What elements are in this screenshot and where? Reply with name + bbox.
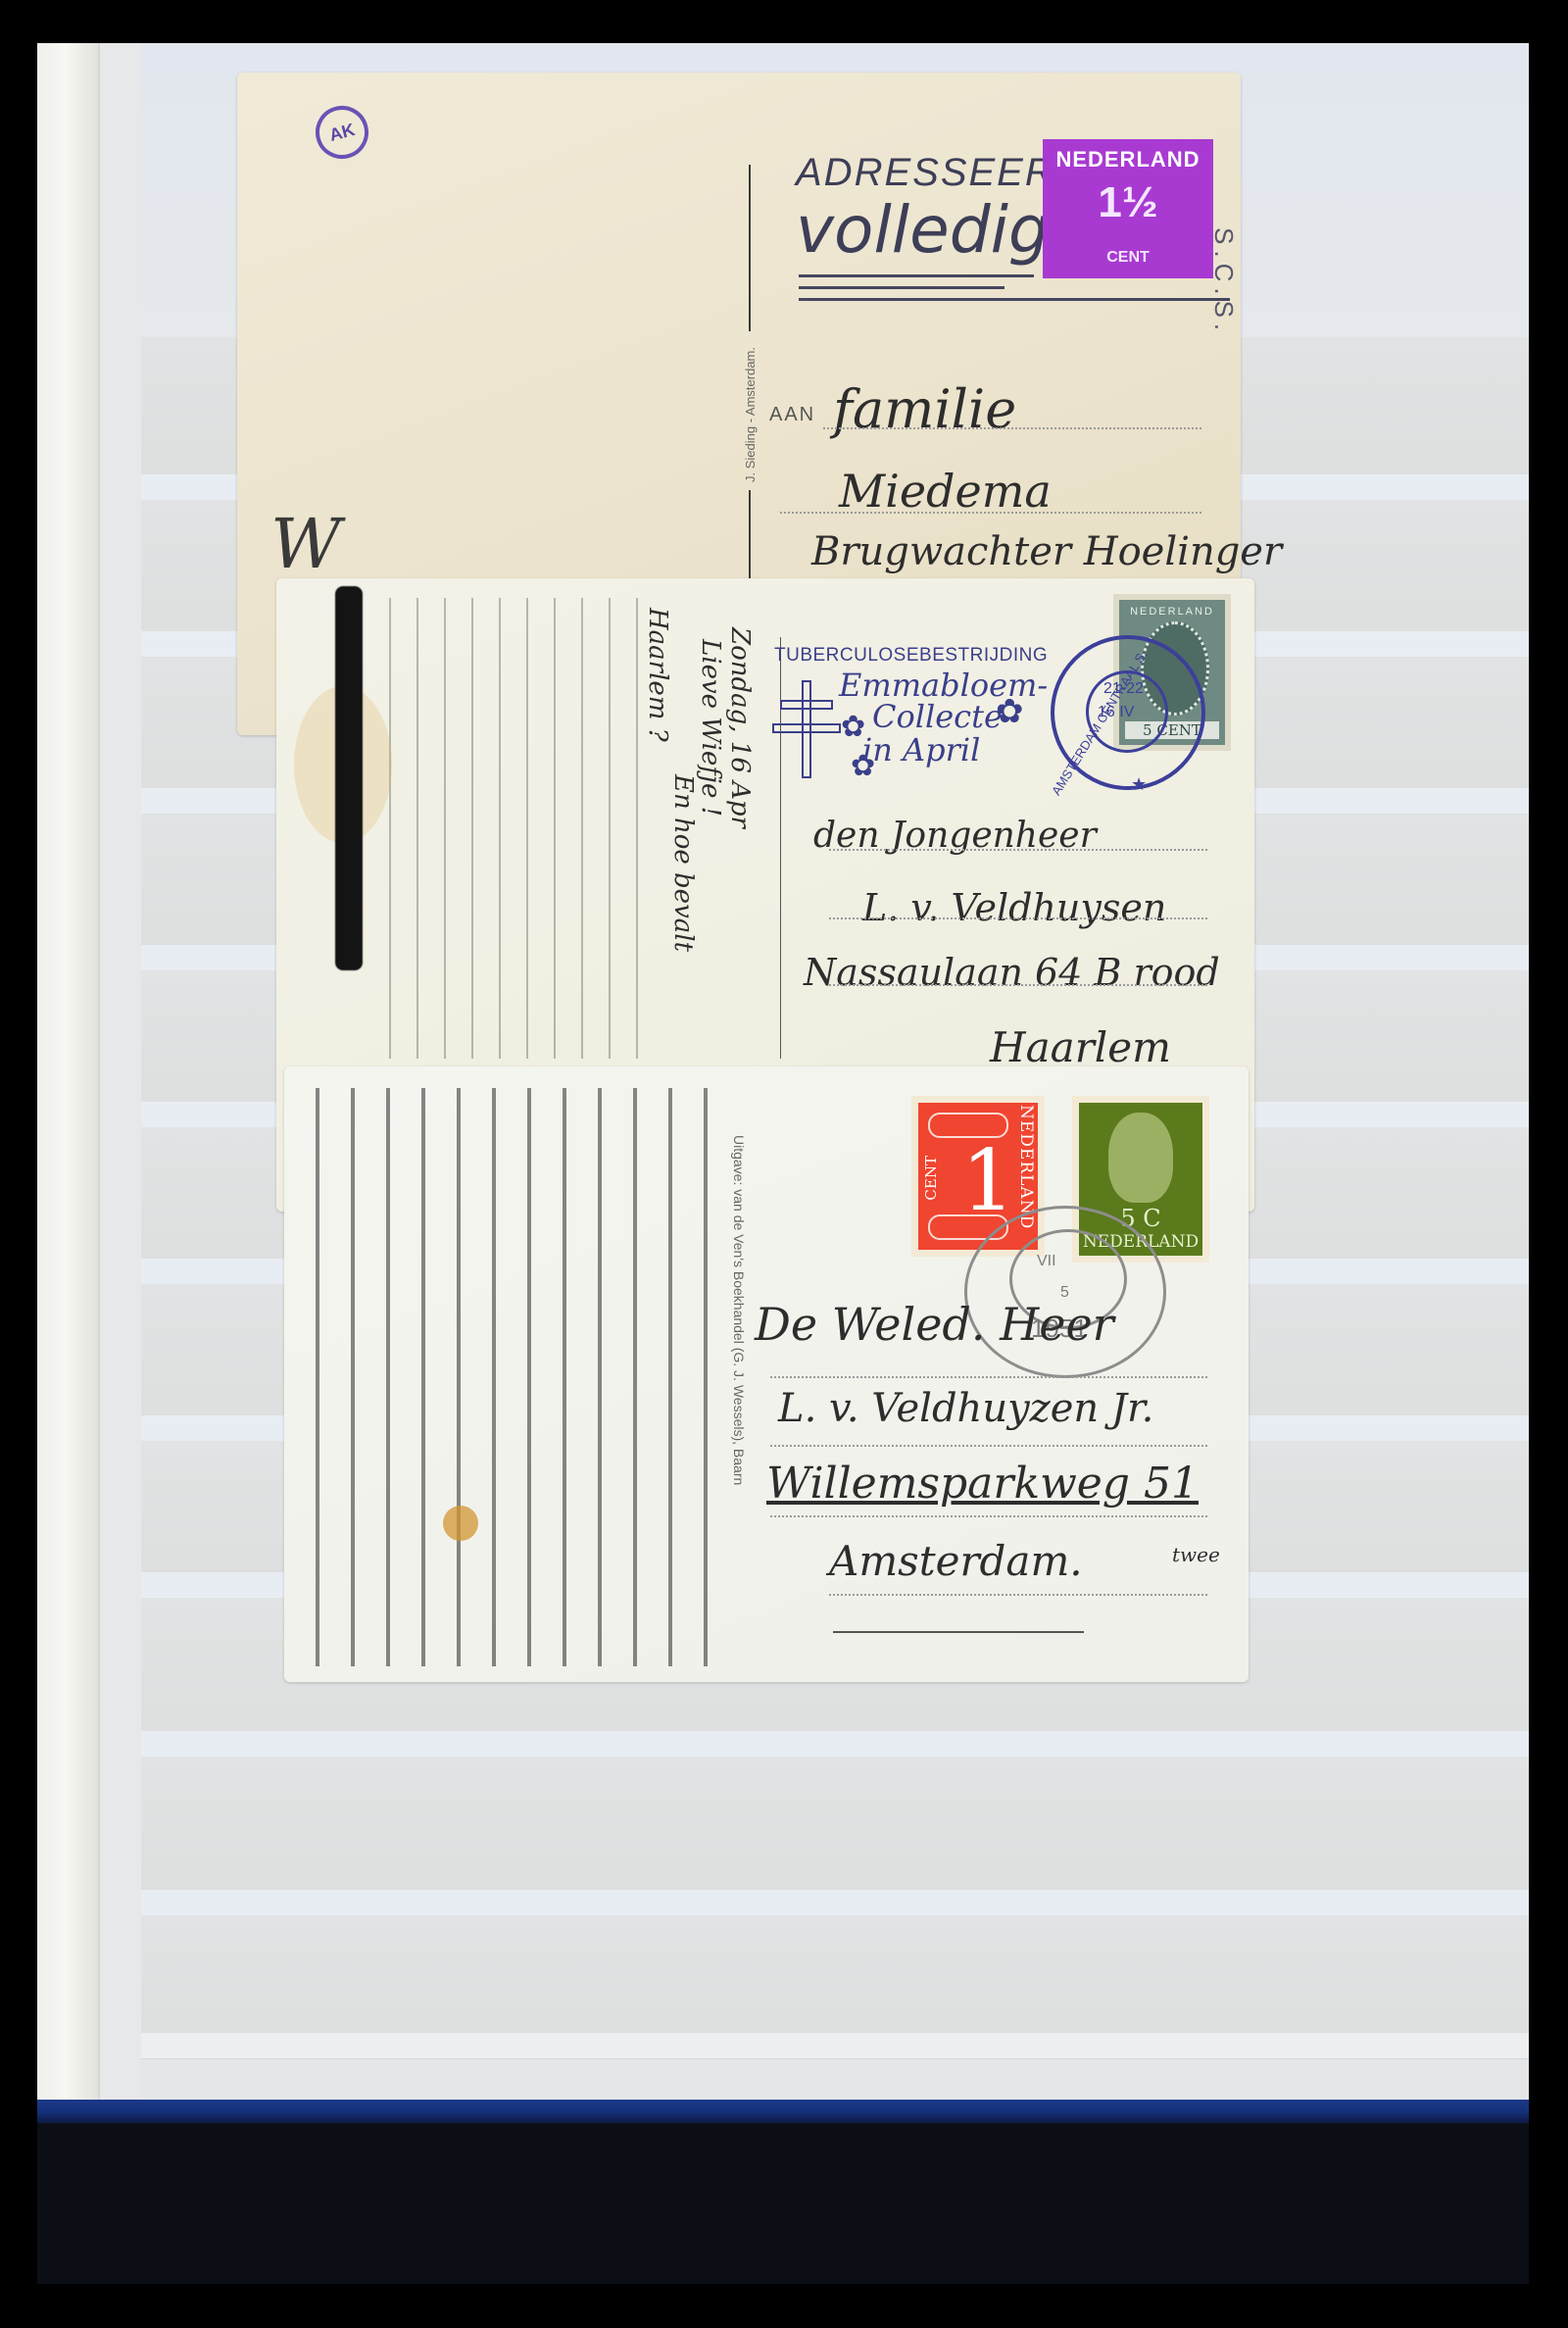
- portrait: [1108, 1113, 1173, 1203]
- age-stain: [443, 1506, 478, 1541]
- stamp-unit: CENT: [1043, 249, 1213, 267]
- strip-pocket: [141, 1915, 1529, 2033]
- slogan-cancel-header: TUBERCULOSEBESTRIJDING: [774, 645, 1048, 667]
- slogan-bar: [799, 274, 1034, 277]
- address-rule: [770, 1445, 1207, 1447]
- slogan-cancel-line: Collecte: [872, 698, 1003, 735]
- address-line: familie: [833, 378, 1016, 440]
- address-rule: [823, 427, 1201, 429]
- postmark-date: VII: [1037, 1253, 1056, 1270]
- address-rule: [770, 1376, 1207, 1378]
- printer-imprint: J. Sieding - Amsterdam.: [743, 347, 758, 482]
- lorraine-cross-icon: [772, 680, 841, 778]
- stamp-country: NEDERLAND: [1119, 606, 1225, 618]
- address-line: Haarlem: [990, 1023, 1171, 1071]
- message-line: Lieve Wiefje !: [696, 639, 725, 817]
- address-rule: [780, 512, 1201, 514]
- stamp-value: 1: [961, 1132, 1015, 1230]
- stamp-country: NEDERLAND: [1043, 147, 1213, 173]
- address-line: L. v. Veldhuyzen Jr.: [778, 1386, 1153, 1431]
- address-line: Brugwachter Hoelinger: [811, 529, 1282, 574]
- address-prefix: AAN: [769, 404, 815, 426]
- stamp-violet-dove: NEDERLAND 1½ CENT: [1043, 139, 1213, 278]
- address-rule: [829, 1594, 1207, 1596]
- printer-imprint: Uitgave: van de Ven's Boekhandel (G. J. …: [731, 1135, 747, 1485]
- page-spine: [37, 43, 100, 2100]
- message-line: Zondag, 16 Apr: [725, 627, 755, 828]
- slogan-cancel-line: in April: [862, 731, 980, 768]
- glassine-strip: [141, 2033, 1529, 2059]
- address-line: L. v. Veldhuysen: [862, 886, 1166, 929]
- slogan-cancel-line2: volledig: [796, 192, 1050, 268]
- star-icon: ★: [1131, 774, 1147, 795]
- slogan-bar: [799, 286, 1004, 289]
- address-line: Nassaulaan 64 B rood: [804, 951, 1220, 994]
- glassine-strip: [141, 1731, 1529, 1758]
- stamp-value: 1½: [1043, 178, 1213, 227]
- address-rule: [829, 917, 1207, 919]
- divider-line: [749, 165, 751, 331]
- address-line: Willemsparkweg 51: [766, 1459, 1199, 1509]
- handwriting-block: [294, 1088, 725, 1666]
- address-rule: [829, 849, 1207, 851]
- album-cover-edge: [37, 2098, 1529, 2123]
- underline-stroke: [833, 1631, 1084, 1633]
- address-line: Miedema: [839, 465, 1052, 518]
- binding-gap: [100, 43, 141, 2100]
- strip-pocket: [141, 1757, 1529, 1890]
- handwriting-block: [372, 598, 647, 1059]
- message-line: Haarlem ?: [643, 608, 672, 742]
- glassine-strip: [141, 1890, 1529, 1916]
- address-rule: [770, 1515, 1207, 1517]
- message-fragment: W: [270, 504, 341, 584]
- slogan-cancel-line1: ADRESSEER: [796, 151, 1055, 195]
- flower-icon: ✿: [996, 692, 1024, 731]
- stamp-unit: CENT: [922, 1156, 940, 1201]
- divider-line: [749, 490, 751, 578]
- message-line: En hoe bevalt: [668, 774, 698, 952]
- address-note: twee: [1172, 1543, 1220, 1566]
- address-rule: [829, 984, 1207, 986]
- address-line: Amsterdam.: [829, 1537, 1083, 1585]
- address-line: De Weled. Heer: [755, 1298, 1114, 1351]
- slogan-bar: [799, 298, 1230, 301]
- ink-redaction: [335, 586, 363, 970]
- flower-icon: ✿: [841, 710, 865, 744]
- flower-icon: ✿: [851, 749, 875, 783]
